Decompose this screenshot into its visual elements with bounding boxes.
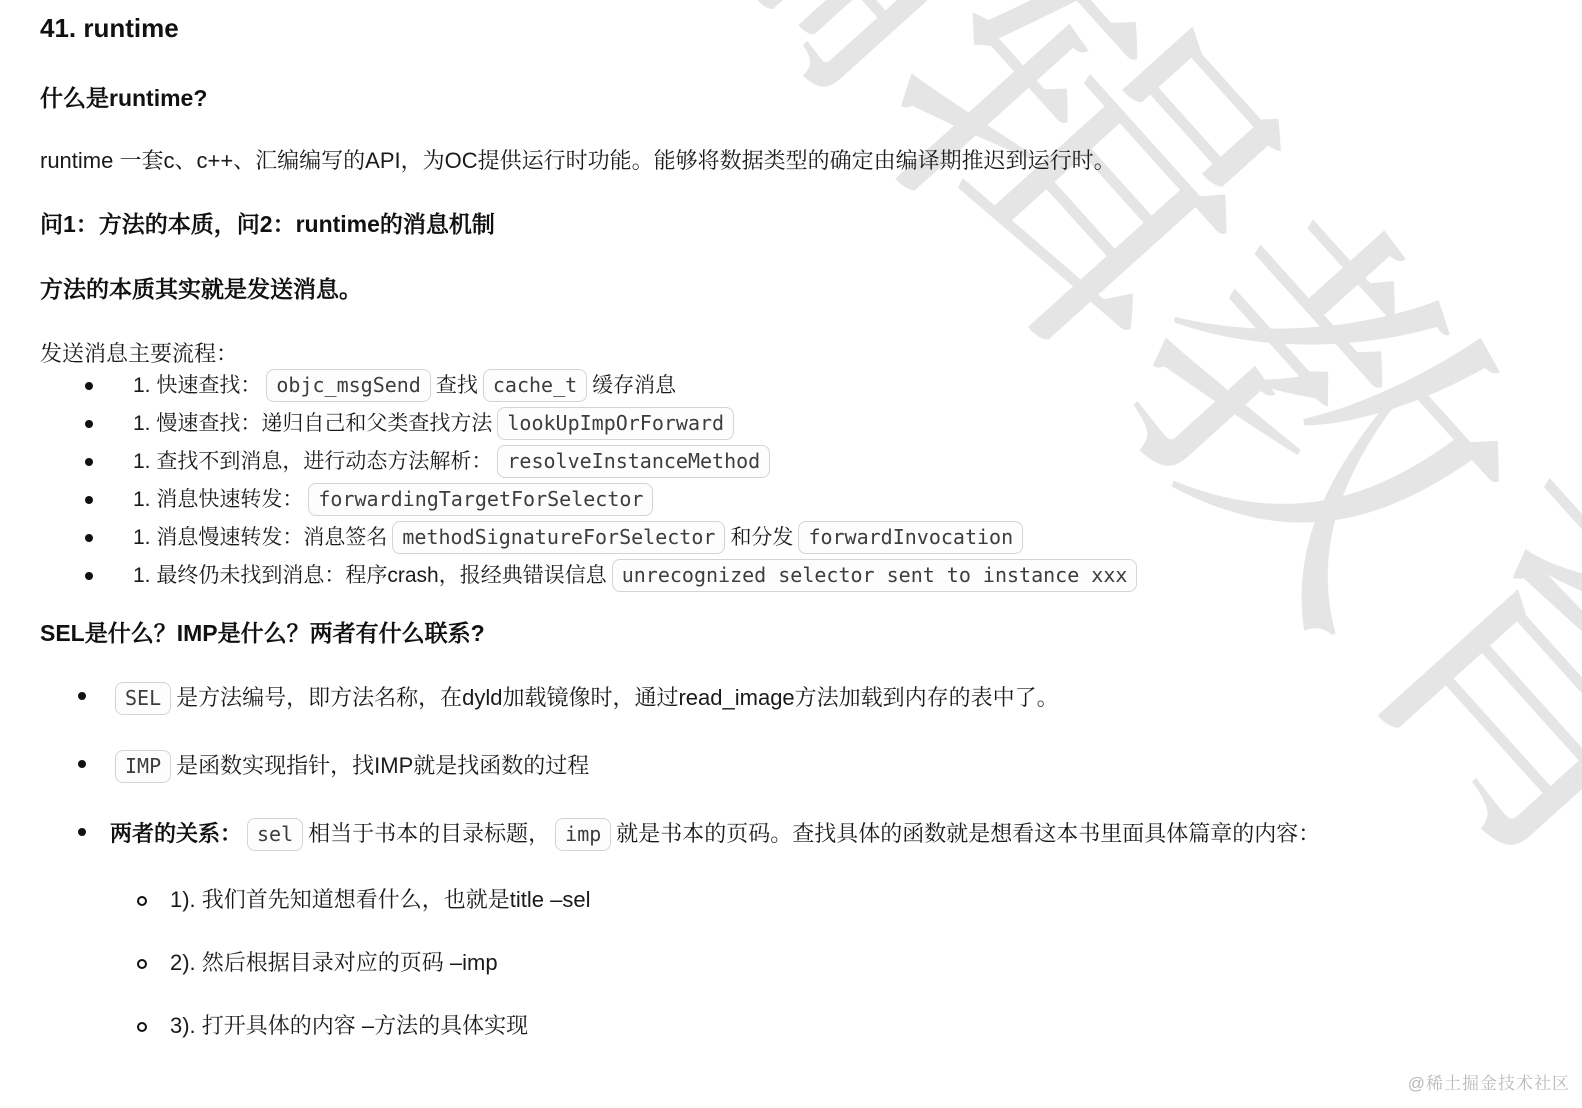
text-run: 缓存消息 bbox=[592, 374, 676, 397]
text-run: 1. 慢速查找：递归自己和父类查找方法 bbox=[133, 412, 492, 435]
list-item: 1. 最终仍未找到消息：程序crash，报经典错误信息unrecognized … bbox=[40, 557, 1560, 595]
list-item: 1. 快速查找：objc_msgSend查找cache_t缓存消息 bbox=[40, 367, 1560, 405]
bullet-disc-icon bbox=[85, 534, 93, 542]
bullet-circle-icon bbox=[137, 959, 147, 969]
bullet-disc-icon bbox=[78, 760, 86, 768]
list-item-text: 1). 我们首先知道想看什么，也就是title –sel bbox=[170, 887, 591, 912]
bullet-disc-icon bbox=[85, 572, 93, 580]
list-item-text: 3). 打开具体的内容 –方法的具体实现 bbox=[170, 1013, 528, 1038]
inline-code-chip: sel bbox=[247, 818, 303, 851]
heading-method-essence: 方法的本质其实就是发送消息。 bbox=[40, 276, 1560, 303]
list-item: 2). 然后根据目录对应的页码 –imp bbox=[40, 949, 1560, 977]
inline-code-chip: lookUpImpOrForward bbox=[497, 407, 734, 440]
list-item: 3). 打开具体的内容 –方法的具体实现 bbox=[40, 1012, 1560, 1040]
text-run: 查找 bbox=[436, 374, 478, 397]
relation-steps-list: 1). 我们首先知道想看什么，也就是title –sel2). 然后根据目录对应… bbox=[40, 886, 1560, 1040]
text-run: 相当于书本的目录标题， bbox=[308, 821, 550, 846]
heading-what-is-runtime: 什么是runtime? bbox=[40, 85, 1560, 112]
paragraph-flow-intro: 发送消息主要流程： bbox=[40, 340, 1560, 367]
paragraph-runtime-definition: runtime 一套c、c++、汇编编写的API，为OC提供运行时功能。能够将数… bbox=[40, 147, 1560, 174]
bullet-disc-icon bbox=[85, 496, 93, 504]
text-run: 是方法编号，即方法名称，在dyld加载镜像时，通过read_image方法加载到… bbox=[176, 685, 1059, 710]
text-run: 1. 消息快速转发： bbox=[133, 488, 303, 511]
text-run: 1. 最终仍未找到消息：程序crash，报经典错误信息 bbox=[133, 564, 607, 587]
article-title: 41. runtime bbox=[40, 13, 1560, 43]
inline-code-chip: objc_msgSend bbox=[266, 369, 431, 402]
inline-code-chip: resolveInstanceMethod bbox=[497, 445, 770, 478]
inline-code-chip: SEL bbox=[115, 682, 171, 715]
inline-code-chip: forwardInvocation bbox=[798, 521, 1023, 554]
message-flow-list: 1. 快速查找：objc_msgSend查找cache_t缓存消息1. 慢速查找… bbox=[40, 367, 1560, 595]
inline-code-chip: imp bbox=[555, 818, 611, 851]
inline-code-chip: unrecognized selector sent to instance x… bbox=[612, 559, 1138, 592]
heading-sel-imp: SEL是什么？IMP是什么？两者有什么联系? bbox=[40, 620, 1560, 647]
list-item: 1. 查找不到消息，进行动态方法解析：resolveInstanceMethod bbox=[40, 443, 1560, 481]
bullet-disc-icon bbox=[85, 382, 93, 390]
list-item: 1. 消息快速转发：forwardingTargetForSelector bbox=[40, 481, 1560, 519]
text-run: 1. 消息慢速转发：消息签名 bbox=[133, 526, 387, 549]
text-run: 2). 然后根据目录对应的页码 –imp bbox=[170, 950, 498, 975]
list-item-text: 2). 然后根据目录对应的页码 –imp bbox=[170, 950, 498, 975]
text-run: 就是书本的页码。查找具体的函数就是想看这本书里面具体篇章的内容： bbox=[616, 821, 1320, 846]
list-item: 1. 消息慢速转发：消息签名methodSignatureForSelector… bbox=[40, 519, 1560, 557]
bullet-disc-icon bbox=[85, 420, 93, 428]
list-item: 1). 我们首先知道想看什么，也就是title –sel bbox=[40, 886, 1560, 914]
list-item-text: 1. 最终仍未找到消息：程序crash，报经典错误信息unrecognized … bbox=[133, 564, 1142, 587]
list-item-text: 1. 查找不到消息，进行动态方法解析：resolveInstanceMethod bbox=[133, 450, 775, 473]
sel-imp-list: SEL是方法编号，即方法名称，在dyld加载镜像时，通过read_image方法… bbox=[40, 682, 1560, 851]
article-content: 41. runtime 什么是runtime? runtime 一套c、c++、… bbox=[40, 0, 1560, 1040]
text-run: 和分发 bbox=[730, 526, 793, 549]
juejin-community-credit: @稀土掘金技术社区 bbox=[1408, 1069, 1570, 1094]
text-run: 是函数实现指针，找IMP就是找函数的过程 bbox=[176, 753, 589, 778]
list-item: 两者的关系：sel相当于书本的目录标题，imp就是书本的页码。查找具体的函数就是… bbox=[40, 818, 1560, 851]
list-item-text: IMP是函数实现指针，找IMP就是找函数的过程 bbox=[110, 753, 589, 778]
bullet-disc-icon bbox=[85, 458, 93, 466]
inline-code-chip: methodSignatureForSelector bbox=[392, 521, 725, 554]
bullet-disc-icon bbox=[78, 828, 86, 836]
text-run: 1. 快速查找： bbox=[133, 374, 261, 397]
list-item-text: 两者的关系：sel相当于书本的目录标题，imp就是书本的页码。查找具体的函数就是… bbox=[110, 821, 1320, 846]
inline-code-chip: forwardingTargetForSelector bbox=[308, 483, 653, 516]
list-item-text: SEL是方法编号，即方法名称，在dyld加载镜像时，通过read_image方法… bbox=[110, 685, 1059, 710]
list-item: IMP是函数实现指针，找IMP就是找函数的过程 bbox=[40, 750, 1560, 783]
list-item: 1. 慢速查找：递归自己和父类查找方法lookUpImpOrForward bbox=[40, 405, 1560, 443]
bullet-circle-icon bbox=[137, 1022, 147, 1032]
inline-code-chip: cache_t bbox=[483, 369, 587, 402]
list-item-text: 1. 慢速查找：递归自己和父类查找方法lookUpImpOrForward bbox=[133, 412, 739, 435]
list-item-text: 1. 快速查找：objc_msgSend查找cache_t缓存消息 bbox=[133, 374, 676, 397]
heading-questions: 问1：方法的本质，问2：runtime的消息机制 bbox=[40, 211, 1560, 238]
list-item: SEL是方法编号，即方法名称，在dyld加载镜像时，通过read_image方法… bbox=[40, 682, 1560, 715]
text-run: 1). 我们首先知道想看什么，也就是title –sel bbox=[170, 887, 591, 912]
bullet-disc-icon bbox=[78, 692, 86, 700]
text-run: 1. 查找不到消息，进行动态方法解析： bbox=[133, 450, 492, 473]
bold-run: 两者的关系： bbox=[110, 821, 242, 846]
list-item-text: 1. 消息慢速转发：消息签名methodSignatureForSelector… bbox=[133, 526, 1028, 549]
list-item-text: 1. 消息快速转发：forwardingTargetForSelector bbox=[133, 488, 658, 511]
inline-code-chip: IMP bbox=[115, 750, 171, 783]
bullet-circle-icon bbox=[137, 896, 147, 906]
text-run: 3). 打开具体的内容 –方法的具体实现 bbox=[170, 1013, 528, 1038]
